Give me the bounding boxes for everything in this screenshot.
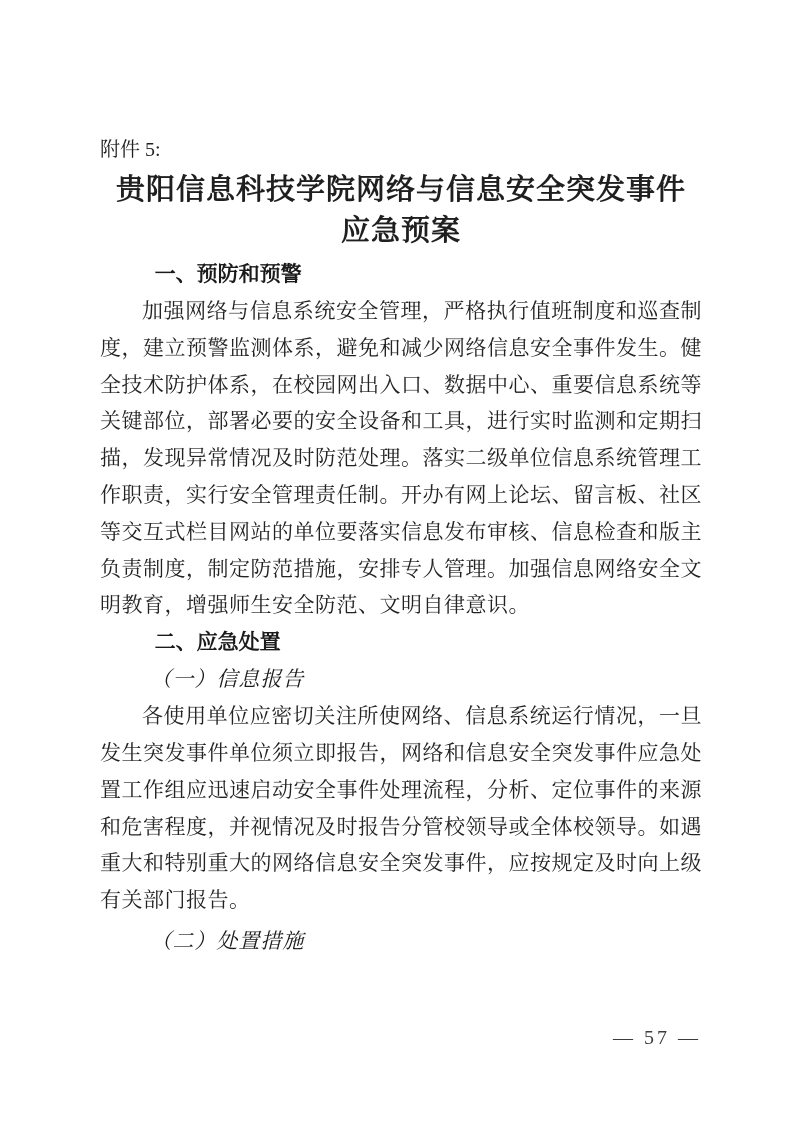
paragraph-prevention: 加强网络与信息系统安全管理，严格执行值班制度和巡查制度，建立预警监测体系，避免和…: [100, 293, 702, 624]
document-page: 附件 5: 贵阳信息科技学院网络与信息安全突发事件 应急预案 一、预防和预警 加…: [0, 0, 793, 1122]
document-title-line-1: 贵阳信息科技学院网络与信息安全突发事件: [100, 170, 702, 211]
subsection-heading-information-report: （一）信息报告: [100, 661, 702, 698]
attachment-label: 附件 5:: [100, 136, 702, 164]
paragraph-information-report: 各使用单位应密切关注所使网络、信息系统运行情况，一旦发生突发事件单位须立即报告，…: [100, 698, 702, 919]
subsection-heading-handling-measures: （二）处置措施: [100, 923, 702, 960]
document-title: 贵阳信息科技学院网络与信息安全突发事件 应急预案: [100, 170, 702, 252]
document-title-line-2: 应急预案: [100, 211, 702, 252]
section-heading-response: 二、应急处置: [100, 624, 702, 661]
page-number: — 57 —: [613, 1027, 701, 1050]
document-content: 附件 5: 贵阳信息科技学院网络与信息安全突发事件 应急预案 一、预防和预警 加…: [100, 136, 702, 960]
section-heading-prevention: 一、预防和预警: [100, 256, 702, 293]
